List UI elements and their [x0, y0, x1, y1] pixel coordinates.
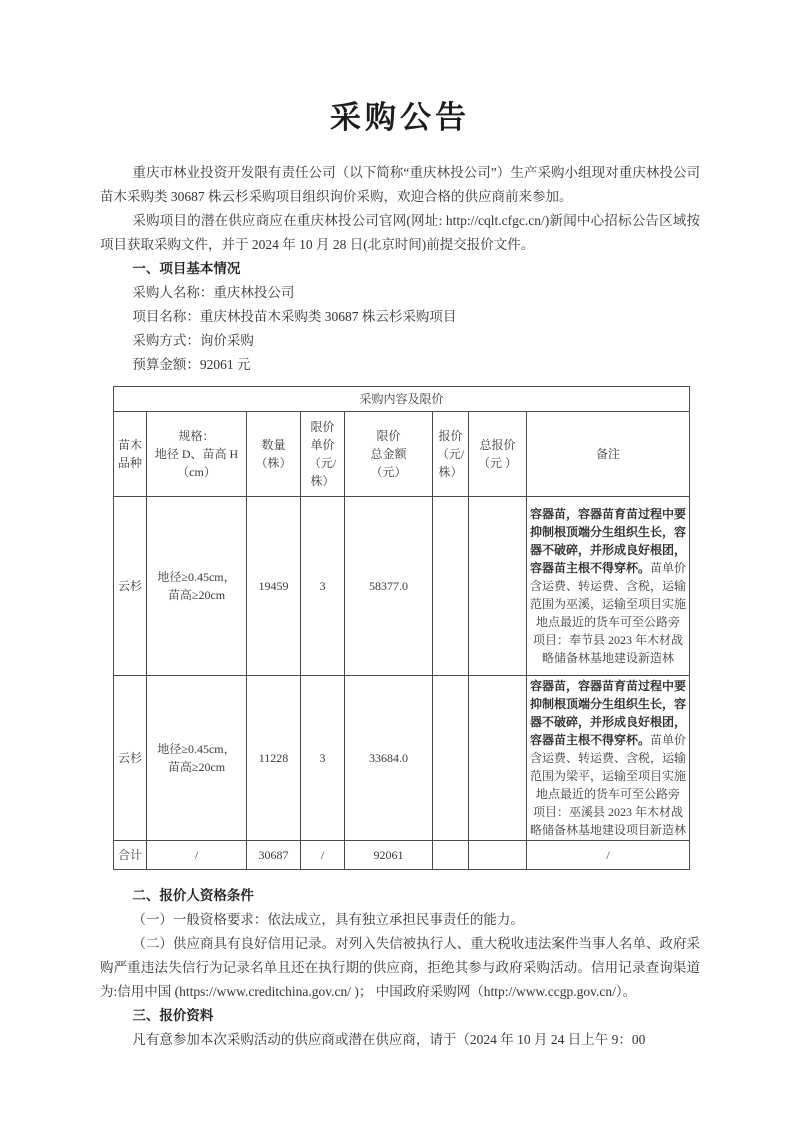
- table-caption: 采购内容及限价: [114, 387, 690, 412]
- cell-quantity: 19459: [247, 497, 301, 676]
- table-row-spruce-2: 云杉 地径≥0.45cm， 苗高≥20cm 11228 3 33684.0 容器…: [114, 676, 690, 841]
- intro-paragraph-2-text: 采购项目的潜在供应商应在重庆林投公司官网(网址:: [132, 213, 445, 228]
- cell-spec: 地径≥0.45cm， 苗高≥20cm: [147, 676, 247, 841]
- section-quote-materials: 三、报价资料 凡有意参加本次采购活动的供应商或潜在供应商，请于（2024 年 1…: [100, 1004, 700, 1052]
- remark-text: 容器苗，容器苗育苗过程中要抑制根顶端分生组织生长，容器不破碎，并形成良好根团，容…: [529, 677, 687, 803]
- remark-project-text: 项目：奉节县 2023 年木材战略储备林基地建设新造林: [529, 631, 687, 667]
- col-header-quote: 报价 （元/ 株）: [433, 412, 469, 497]
- qualification-paragraph-1: （一）一般资格要求：依法成立，具有独立承担民事责任的能力。: [100, 908, 700, 932]
- col-header-spec: 规格： 地径 D、苗高 H （cm）: [147, 412, 247, 497]
- project-name-line: 项目名称：重庆林投苗木采购类 30687 株云杉采购项目: [100, 305, 700, 329]
- cell-quote-empty: [433, 676, 469, 841]
- qualification-paragraph-2-end: ）。: [616, 984, 636, 999]
- section-heading-basic-info: 一、项目基本情况: [100, 257, 700, 281]
- cell-spec: 地径≥0.45cm， 苗高≥20cm: [147, 497, 247, 676]
- remark-project-text: 项目：巫溪县 2023 年木材战略储备林基地建设项目新造林: [529, 803, 687, 839]
- table-header-row: 苗木 品种 规格： 地径 D、苗高 H （cm） 数量 （株） 限价 单价 （元…: [114, 412, 690, 497]
- table-total-row: 合计 / 30687 / 92061 /: [114, 841, 690, 870]
- creditchina-url: https://www.creditchina.gov.cn/: [179, 984, 351, 999]
- page-title: 采购公告: [100, 92, 700, 137]
- cell-total-limit-price: 58377.0: [345, 497, 433, 676]
- procurement-table: 采购内容及限价 苗木 品种 规格： 地径 D、苗高 H （cm） 数量 （株） …: [113, 386, 690, 870]
- company-website-url: http://cqlt.cfgc.cn/: [446, 213, 545, 228]
- cell-unit-limit-price: 3: [301, 676, 345, 841]
- section-qualification: 二、报价人资格条件 （一）一般资格要求：依法成立，具有独立承担民事责任的能力。 …: [100, 884, 700, 1004]
- col-header-quantity: 数量 （株）: [247, 412, 301, 497]
- cell-total-label: 合计: [114, 841, 147, 870]
- cell-unit-limit-price: 3: [301, 497, 345, 676]
- section-heading-qualification: 二、报价人资格条件: [100, 884, 700, 908]
- cell-total-unit-limit: /: [301, 841, 345, 870]
- qualification-paragraph-2-mid: )； 中国政府采购网（: [351, 984, 484, 999]
- document-page: 采购公告 重庆市林业投资开发限有责任公司（以下简称“重庆林投公司”）生产采购小组…: [0, 0, 800, 1052]
- cell-total-spec: /: [147, 841, 247, 870]
- cell-total-quote-empty: [433, 841, 469, 870]
- qualification-paragraph-2: （二）供应商具有良好信用记录。对列入失信被执行人、重大税收违法案件当事人名单、政…: [100, 932, 700, 1004]
- cell-remarks: 容器苗，容器苗育苗过程中要抑制根顶端分生组织生长，容器不破碎，并形成良好根团，容…: [527, 497, 690, 676]
- cell-total-limit-price: 33684.0: [345, 676, 433, 841]
- col-header-remarks: 备注: [527, 412, 690, 497]
- col-header-species: 苗木 品种: [114, 412, 147, 497]
- col-header-total-limit-price: 限价 总金额 （元）: [345, 412, 433, 497]
- cell-total-quote-empty: [469, 497, 527, 676]
- section-heading-quote-materials: 三、报价资料: [100, 1004, 700, 1028]
- cell-total-remarks: /: [527, 841, 690, 870]
- quote-materials-paragraph-1: 凡有意参加本次采购活动的供应商或潜在供应商，请于（2024 年 10 月 24 …: [100, 1028, 700, 1052]
- table-caption-row: 采购内容及限价: [114, 387, 690, 412]
- table-row-spruce-1: 云杉 地径≥0.45cm， 苗高≥20cm 19459 3 58377.0 容器…: [114, 497, 690, 676]
- cell-species: 云杉: [114, 676, 147, 841]
- intro-paragraph-2: 采购项目的潜在供应商应在重庆林投公司官网(网址: http://cqlt.cfg…: [100, 209, 700, 257]
- cell-total-limit-amount: 92061: [345, 841, 433, 870]
- cell-total-quantity: 30687: [247, 841, 301, 870]
- procurement-method-line: 采购方式：询价采购: [100, 329, 700, 353]
- cell-quantity: 11228: [247, 676, 301, 841]
- col-header-total-quote: 总报价 （元 ）: [469, 412, 527, 497]
- col-header-unit-limit-price: 限价 单价 （元/ 株）: [301, 412, 345, 497]
- cell-quote-empty: [433, 497, 469, 676]
- ccgp-url: http://www.ccgp.gov.cn/: [484, 984, 616, 999]
- cell-remarks: 容器苗，容器苗育苗过程中要抑制根顶端分生组织生长，容器不破碎，并形成良好根团，容…: [527, 676, 690, 841]
- cell-species: 云杉: [114, 497, 147, 676]
- cell-total-total-quote-empty: [469, 841, 527, 870]
- intro-paragraph-1: 重庆市林业投资开发限有责任公司（以下简称“重庆林投公司”）生产采购小组现对重庆林…: [100, 161, 700, 209]
- buyer-name-line: 采购人名称：重庆林投公司: [100, 281, 700, 305]
- remark-text: 容器苗，容器苗育苗过程中要抑制根顶端分生组织生长，容器不破碎，并形成良好根团，容…: [529, 505, 687, 631]
- cell-total-quote-empty: [469, 676, 527, 841]
- budget-amount-line: 预算金额：92061 元: [100, 353, 700, 377]
